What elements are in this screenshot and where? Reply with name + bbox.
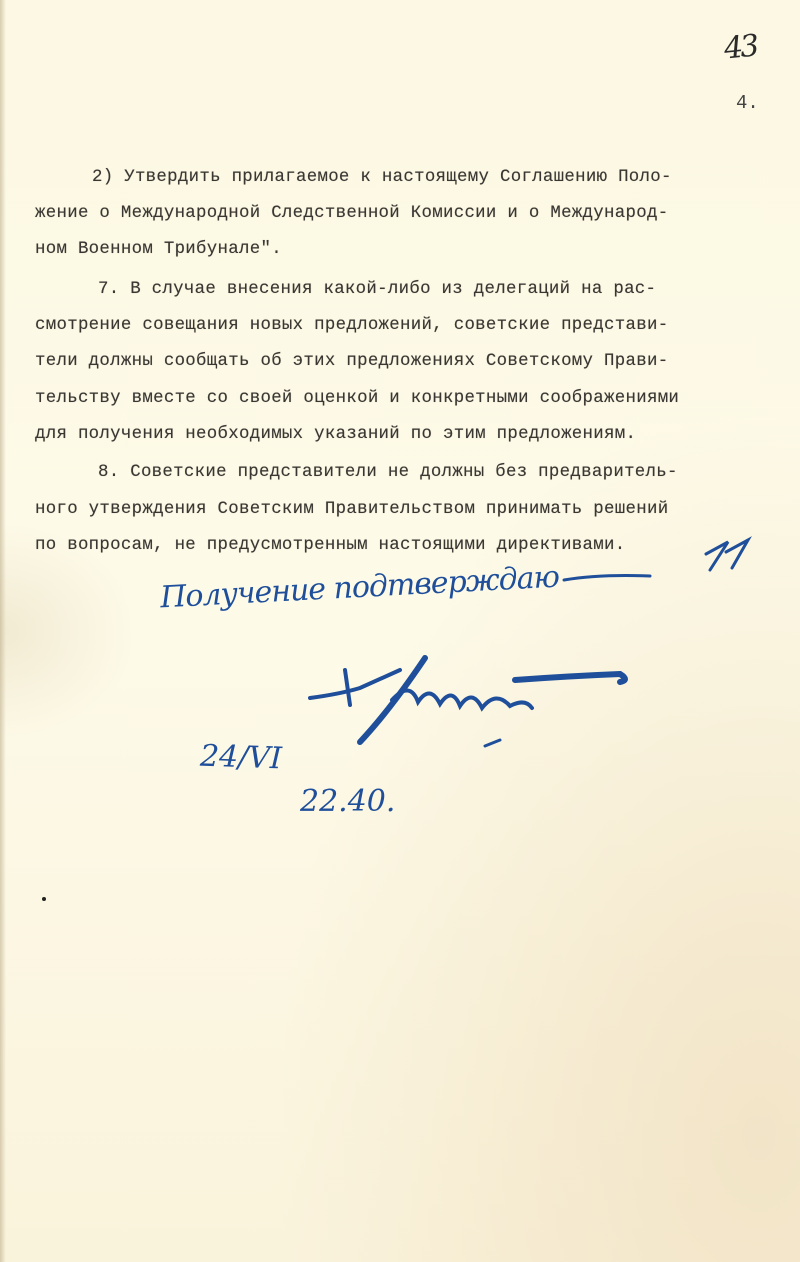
page-number: 4. xyxy=(736,92,759,114)
paragraph-line: ного утверждения Советским Правительство… xyxy=(35,500,668,519)
paragraph-line: 2) Утвердить прилагаемое к настоящему Со… xyxy=(92,168,672,187)
paper-speck xyxy=(42,897,46,901)
folio-number: 43 xyxy=(722,28,758,66)
annotation-underline-icon xyxy=(560,568,660,588)
paragraph-line: ном Военном Трибунале". xyxy=(35,240,282,259)
paragraph-line: тельству вместе со своей оценкой и конкр… xyxy=(35,389,679,408)
end-mark-icon xyxy=(700,536,760,576)
paragraph-line: смотрение совещания новых предложений, с… xyxy=(35,316,668,335)
paper-background xyxy=(0,0,800,1262)
signature-icon xyxy=(300,650,640,760)
page-left-edge xyxy=(0,0,6,1262)
paragraph-line: тели должны сообщать об этих предложения… xyxy=(35,352,668,371)
paragraph-line: жение о Международной Следственной Комис… xyxy=(35,204,668,223)
handwritten-time: 22.40. xyxy=(300,784,395,819)
paragraph-line: 8. Советские представители не должны без… xyxy=(98,463,678,482)
paragraph-line: для получения необходимых указаний по эт… xyxy=(35,425,636,444)
paragraph-line: 7. В случае внесения какой-либо из делег… xyxy=(98,280,656,299)
paragraph-line: по вопросам, не предусмотренным настоящи… xyxy=(35,536,625,555)
handwritten-date: 24/VI xyxy=(199,739,282,777)
